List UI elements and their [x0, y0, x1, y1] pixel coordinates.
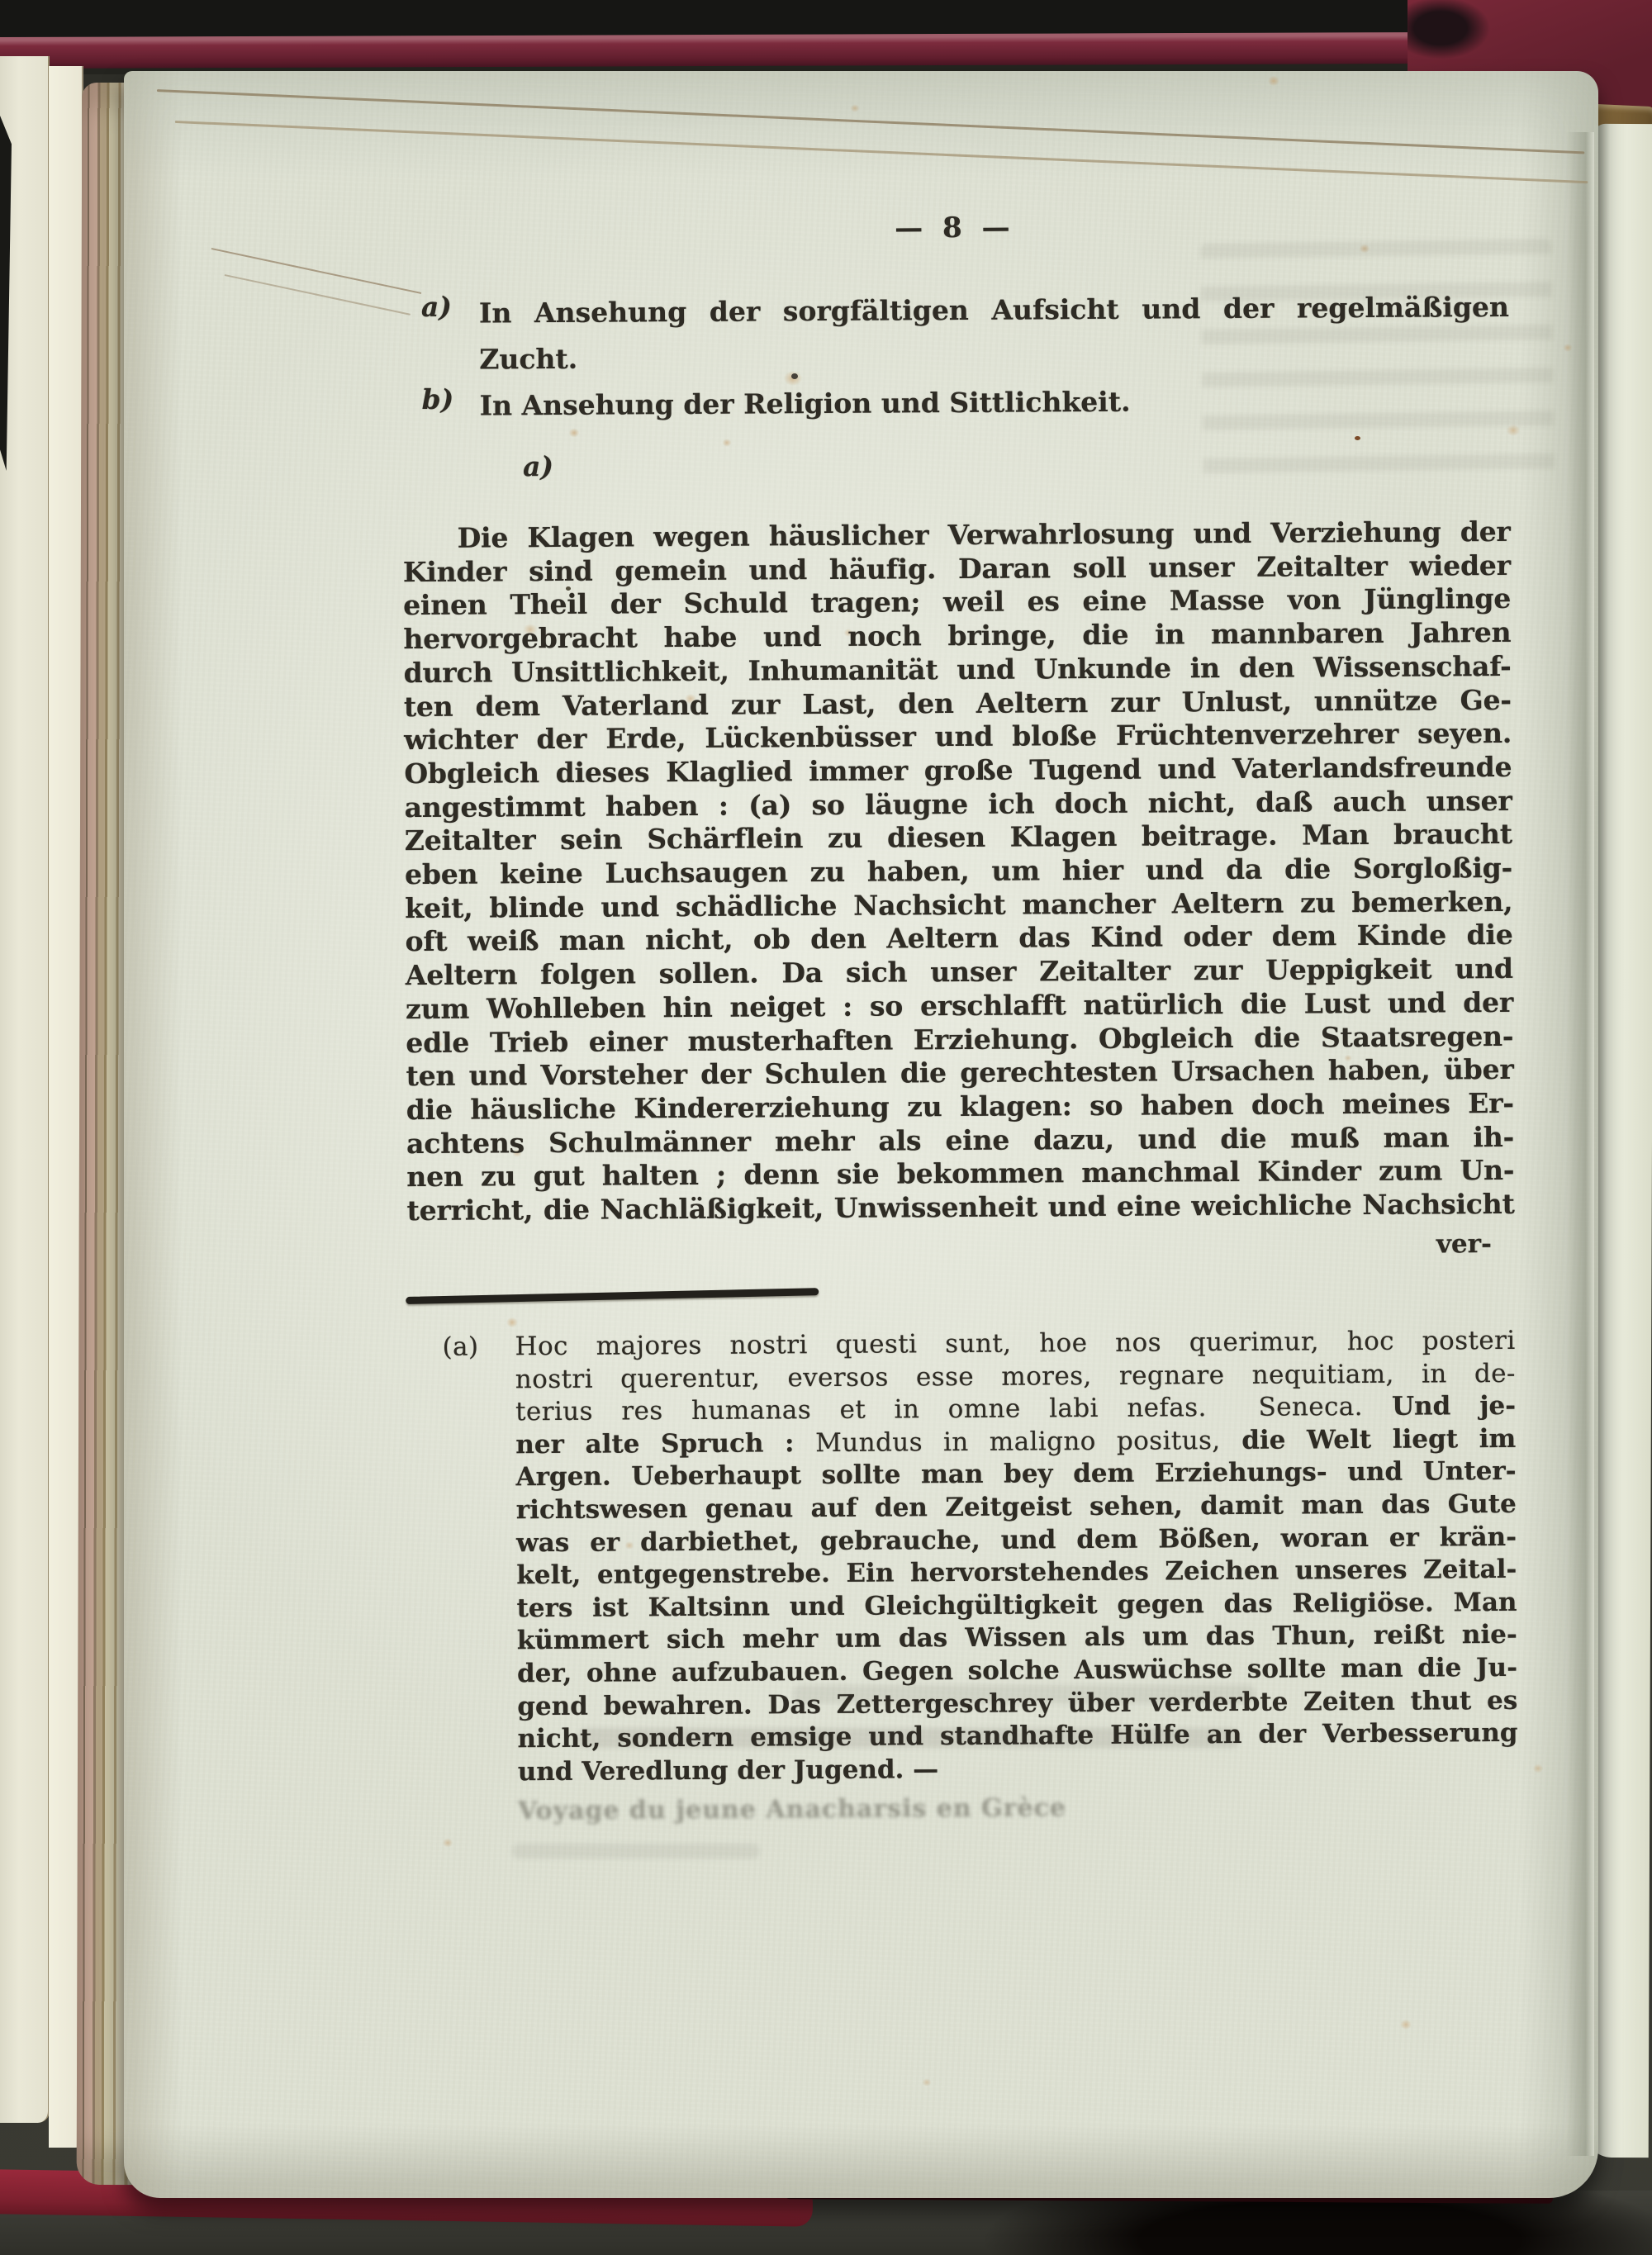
footnote-lines: (a)Hoc majores nostri questi sunt, hoe n…	[407, 1325, 1517, 1789]
footnote-marker: (a)	[442, 1331, 515, 1364]
footnote-segment-fraktur: ner alte Spruch :	[515, 1428, 815, 1460]
bleedthrough-ghost-text: Voyage du jeune Anacharsis en Grèce	[518, 1793, 1066, 1825]
footnote-line: nicht, sondern emsige und standhafte Hül…	[517, 1717, 1517, 1756]
footnote-line: richtswesen genau auf den Zeitgeist sehe…	[516, 1488, 1517, 1527]
page-text-column: — 8 — a) In Ansehung der sorgfältigen Au…	[400, 0, 1521, 2255]
list-item-b-text: In Ansehung der Religion und Sittlichkei…	[479, 377, 1509, 430]
footnote-segment-antiqua: terius res humanas et in omne labi nefas…	[515, 1392, 1363, 1427]
footnote-segment-fraktur: Argen. Ueberhaupt sollte man bey dem Erz…	[515, 1456, 1516, 1492]
footnote-segment-fraktur: was er darbiethet, gebrauche, und dem Bö…	[516, 1522, 1517, 1557]
footnote-segment-antiqua: Hoc majores nostri questi sunt, hoe nos …	[515, 1326, 1516, 1361]
list-item-a-label: a)	[421, 291, 452, 323]
paragraph-line: terricht, die Nachläßigkeit, Unwissenhei…	[406, 1188, 1514, 1228]
footnote-segment-fraktur: ters ist Kaltsinn und Gleichgültigkeit g…	[516, 1588, 1517, 1623]
catchword: ver-	[1436, 1229, 1492, 1259]
footnote-segment-fraktur: kelt, entgegenstrebe. Ein hervorstehende…	[516, 1555, 1517, 1590]
footnote-segment-antiqua: nostri querentur, eversos esse mores, re…	[515, 1358, 1516, 1393]
list-item-a: a) In Ansehung der sorgfältigen Aufsicht…	[401, 284, 1510, 383]
footnote-segment-fraktur: und Veredlung der Jugend. —	[518, 1754, 939, 1787]
footnote-segment-fraktur: Und je-	[1363, 1391, 1516, 1422]
footnote-line: der, ohne aufzubauen. Gegen solche Auswü…	[517, 1652, 1517, 1691]
item-line: In Ansehung der sorgfältigen Aufsicht un…	[479, 284, 1509, 337]
footnote-segment-fraktur: nicht, sondern emsige und standhafte Hül…	[517, 1718, 1517, 1754]
footnote-segment-fraktur: gend bewahren. Das Zettergeschrey über v…	[517, 1685, 1517, 1721]
footnote-segment-fraktur: der, ohne aufzubauen. Gegen solche Auswü…	[517, 1653, 1517, 1688]
footnote-segment-fraktur: die Welt liegt im	[1221, 1424, 1517, 1455]
section-marker-a: a)	[523, 450, 553, 482]
item-line: Zucht.	[479, 330, 1509, 383]
footnote-segment-antiqua: Mundus in maligno positus,	[815, 1426, 1221, 1458]
footnote-rule	[406, 1288, 819, 1304]
list-item-b: b) In Ansehung der Religion und Sittlich…	[401, 377, 1509, 430]
footnote-line: und Veredlung der Jugend. —	[518, 1750, 1518, 1789]
list-item-a-text: In Ansehung der sorgfältigen Aufsicht un…	[479, 284, 1510, 383]
main-paragraph: Die Klagen wegen häuslicher Verwahrlosun…	[403, 515, 1515, 1228]
list-item-b-label: b)	[421, 383, 453, 415]
book-scan-photo: — 8 — a) In Ansehung der sorgfältigen Au…	[0, 0, 1652, 2255]
page-number: — 8 —	[401, 208, 1508, 248]
item-line: In Ansehung der Religion und Sittlichkei…	[479, 377, 1509, 430]
footnote-segment-fraktur: kümmert sich mehr um das Wissen als um d…	[517, 1620, 1517, 1655]
footnote-segment-fraktur: richtswesen genau auf den Zeitgeist sehe…	[516, 1489, 1517, 1525]
